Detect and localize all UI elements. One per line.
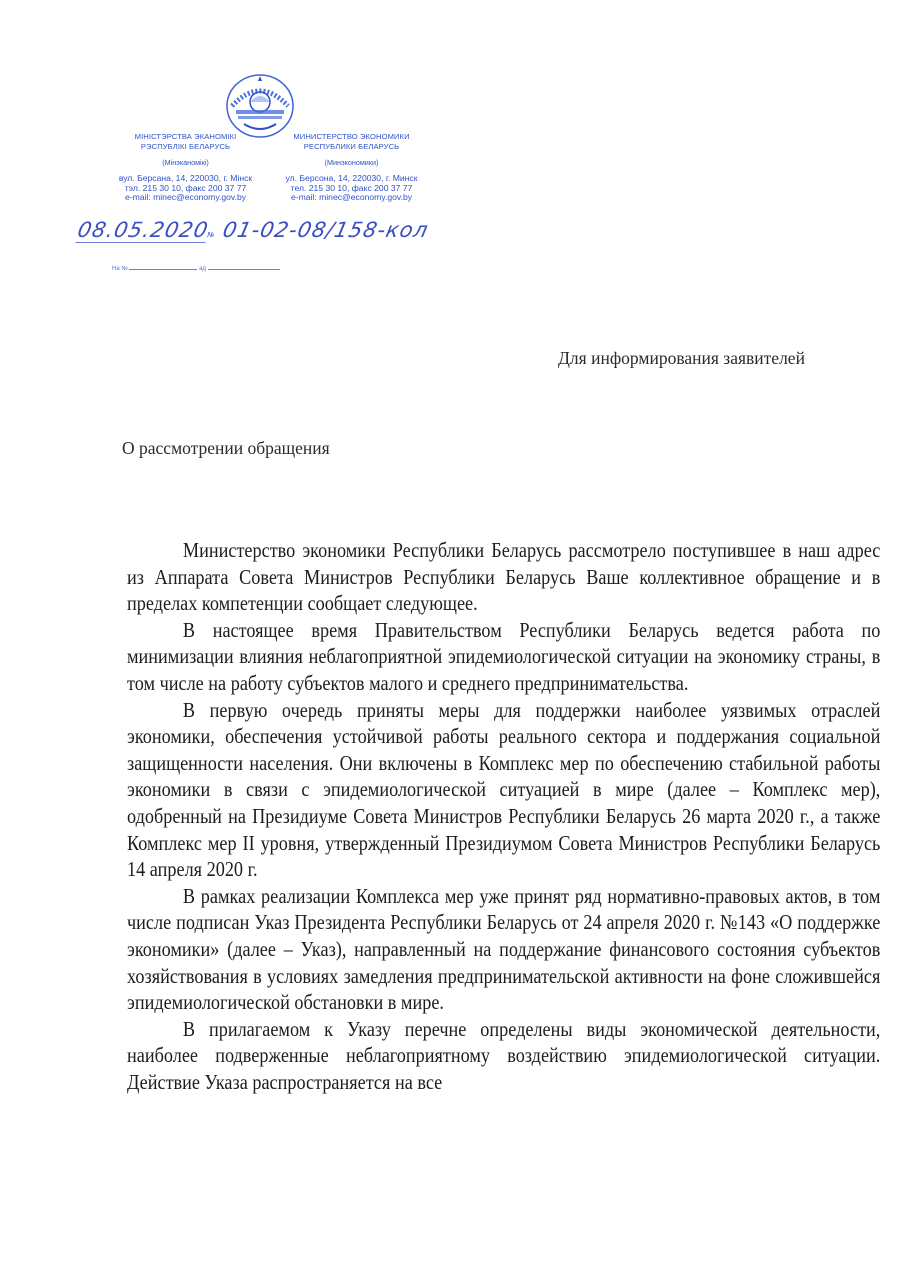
state-emblem-icon xyxy=(224,72,296,140)
reference-label: На № xyxy=(112,266,128,272)
addressee: Для информирования заявителей xyxy=(558,348,805,369)
subject-line: О рассмотрении обращения xyxy=(122,438,330,459)
registration-stamp: 08.05.2020№ 01-02-08/158-кол xyxy=(75,218,430,242)
email-ru: e-mail: minec@economy.gov.by xyxy=(264,193,439,203)
registration-date: 08.05.2020 xyxy=(75,218,211,243)
paragraph: В прилагаемом к Указу перечне определены… xyxy=(127,1016,880,1096)
paragraph: В рамках реализации Комплекса мер уже пр… xyxy=(127,883,880,1016)
ministry-name-ru-line2: РЕСПУБЛИКИ БЕЛАРУСЬ xyxy=(264,142,439,152)
paragraph: В первую очередь приняты меры для поддер… xyxy=(127,697,880,883)
ministry-name-by-line1: МІНІСТЭРСТВА ЭКАНОМІКІ xyxy=(98,132,273,142)
email-by: e-mail: minec@economy.gov.by xyxy=(98,193,273,203)
registration-no-label: № xyxy=(206,231,215,239)
ministry-name-by-line2: РЭСПУБЛІКІ БЕЛАРУСЬ xyxy=(98,142,273,152)
ministry-name-ru-line1: МИНИСТЕРСТВО ЭКОНОМИКИ xyxy=(264,132,439,142)
ministry-short-by: (Мінэканомікі) xyxy=(98,158,273,168)
paragraph: Министерство экономики Республики Белару… xyxy=(127,537,880,617)
letterhead-belarusian: МІНІСТЭРСТВА ЭКАНОМІКІ РЭСПУБЛІКІ БЕЛАРУ… xyxy=(98,132,273,203)
ministry-short-ru: (Минэкономики) xyxy=(264,158,439,168)
reference-sep: ад xyxy=(199,266,206,272)
reference-line: На № ад xyxy=(112,263,280,272)
reference-date-blank xyxy=(208,263,280,270)
letterhead: МІНІСТЭРСТВА ЭКАНОМІКІ РЭСПУБЛІКІ БЕЛАРУ… xyxy=(0,0,919,300)
letter-body: Министерство экономики Республики Белару… xyxy=(127,537,880,1095)
reference-number-blank xyxy=(129,263,197,270)
paragraph: В настоящее время Правительством Республ… xyxy=(127,617,880,697)
registration-number: 01-02-08/158-кол xyxy=(221,218,431,242)
letterhead-russian: МИНИСТЕРСТВО ЭКОНОМИКИ РЕСПУБЛИКИ БЕЛАРУ… xyxy=(264,132,439,203)
